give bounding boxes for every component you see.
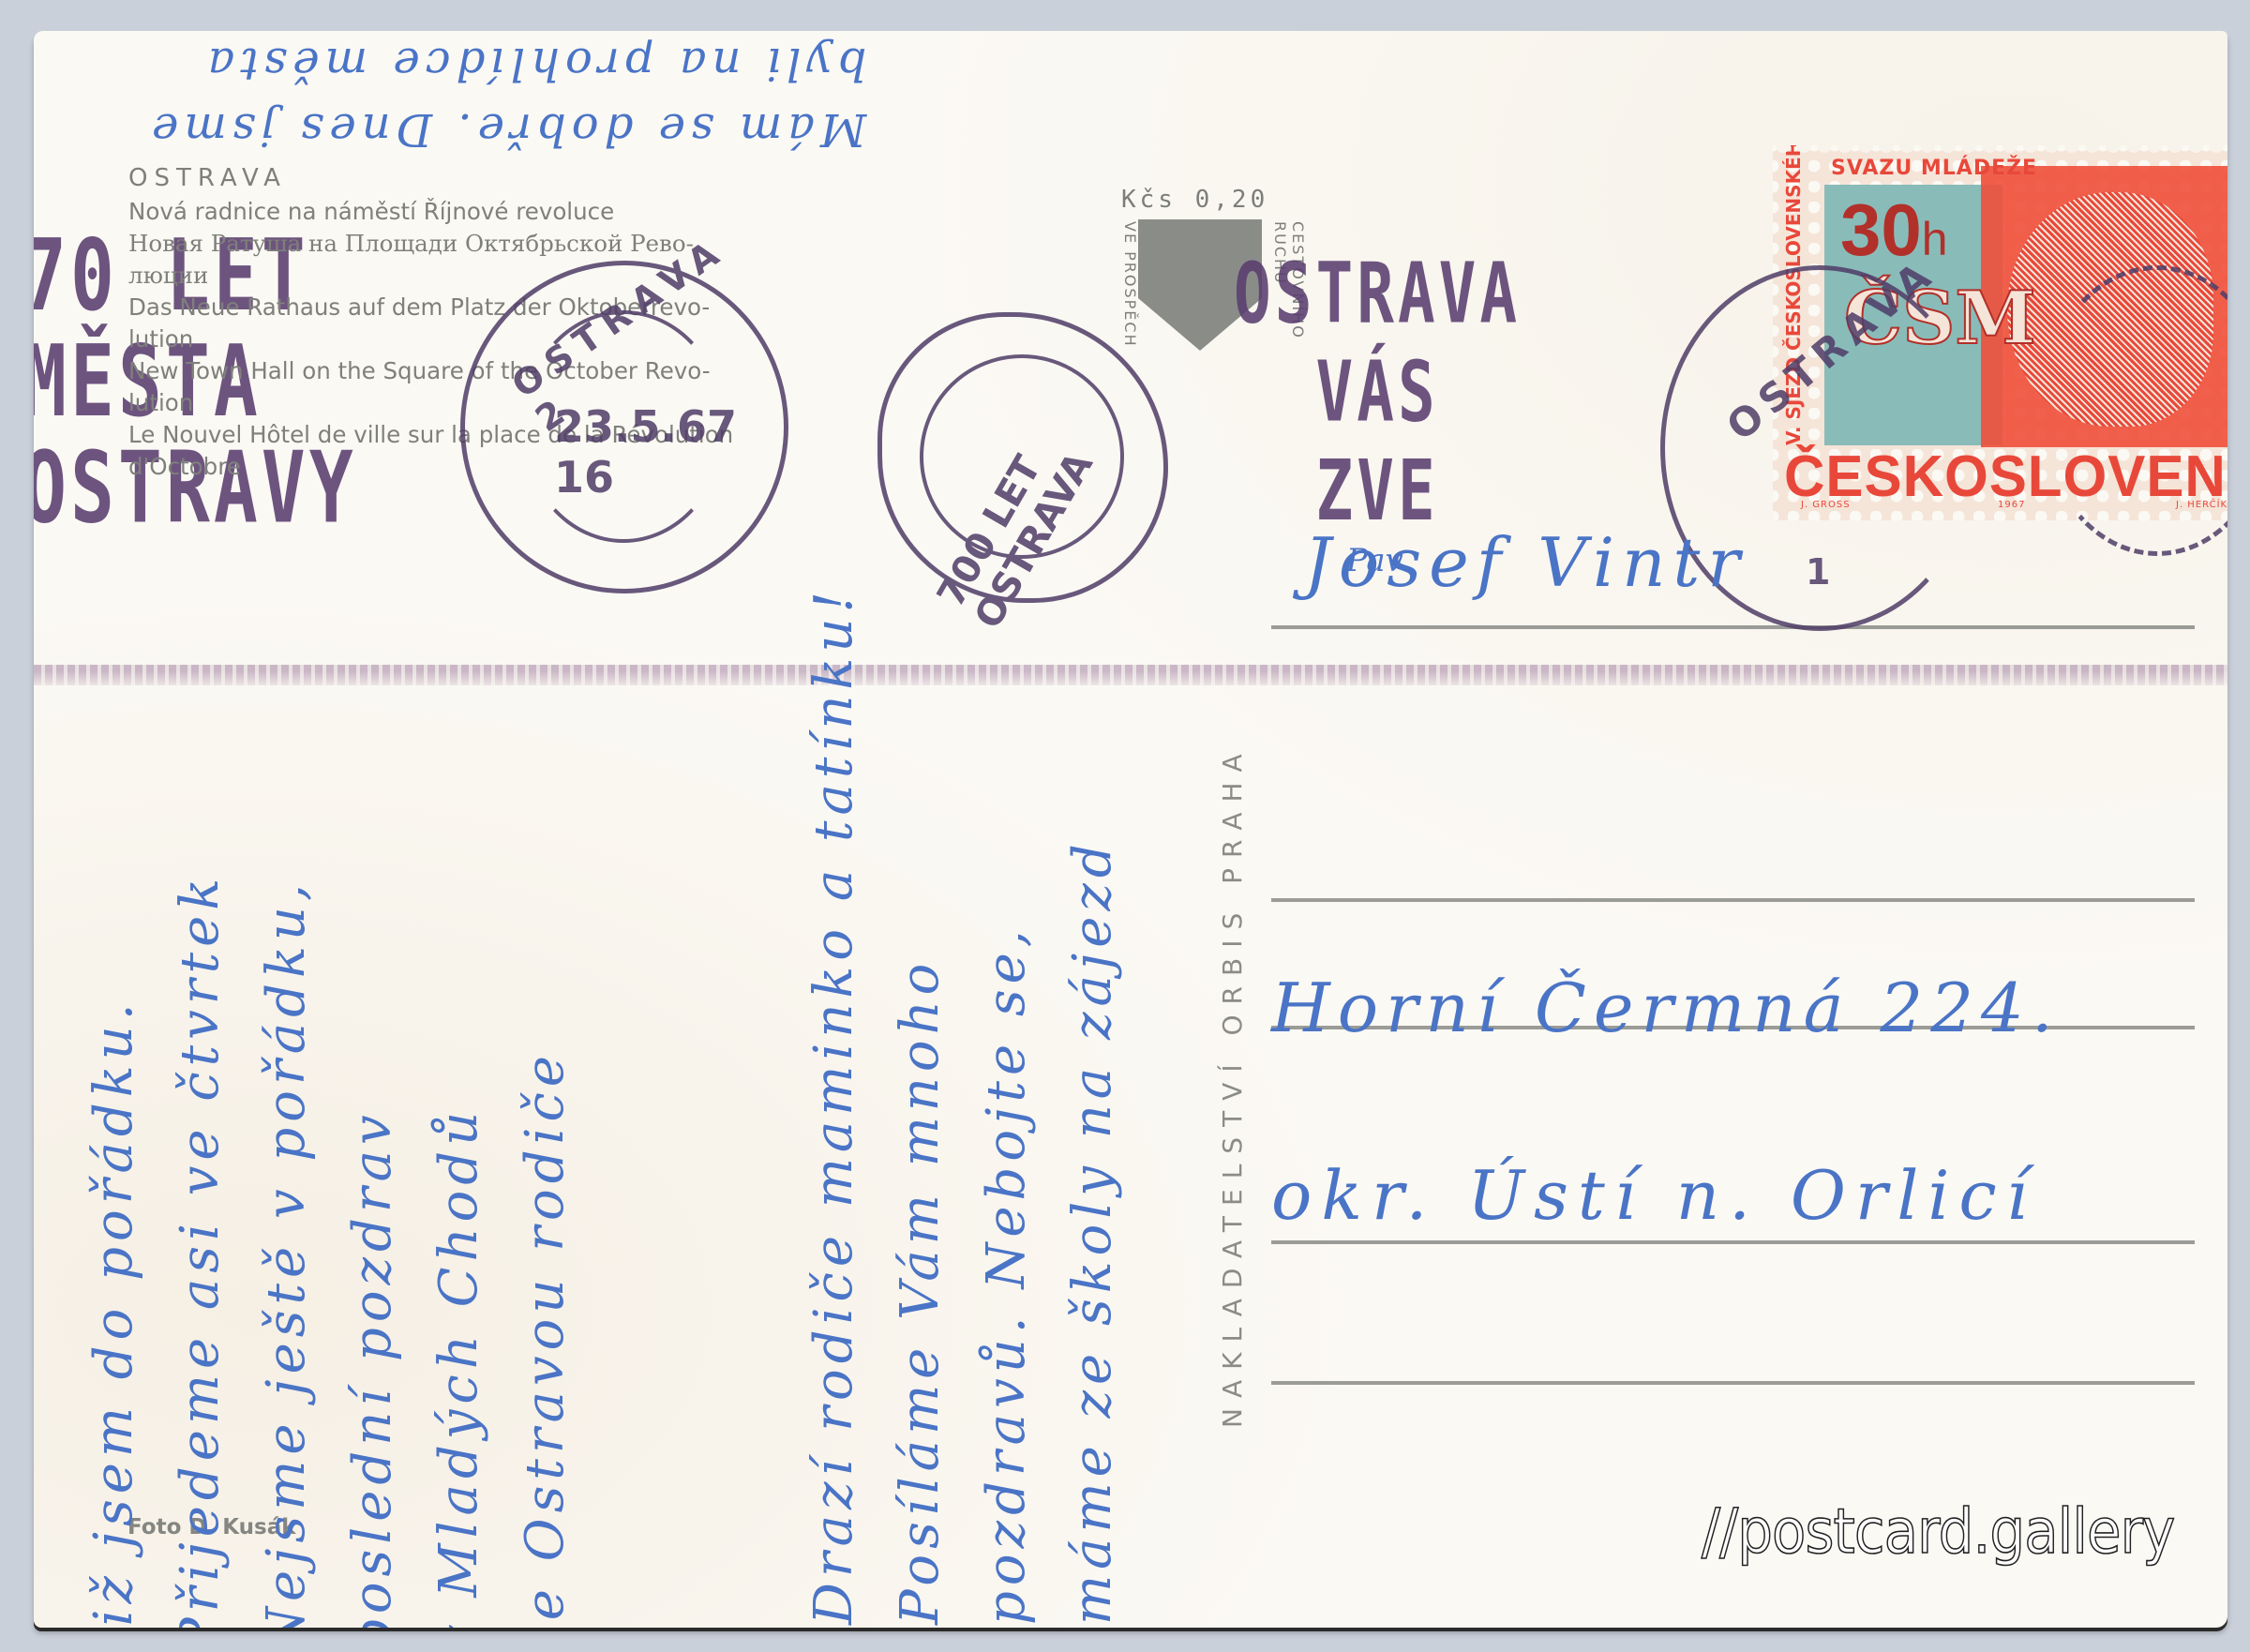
message-line: máme ze školy na zájezd bbox=[1050, 586, 1136, 1625]
message-line: Přijedeme asi ve čtvrtek bbox=[157, 873, 244, 1628]
message-line: byli na prohlídce města bbox=[146, 31, 866, 97]
slogan-right-line: VÁS bbox=[1234, 343, 1521, 442]
address-line-1 bbox=[1271, 625, 2195, 629]
postmark-header: OSTRAVA bbox=[1717, 248, 1944, 449]
slogan-cancel-right: OSTRAVA VÁS ZVE bbox=[1234, 245, 1521, 541]
postmark-number: 1 bbox=[1806, 551, 1830, 593]
stamp-value-unit: h bbox=[1922, 213, 1948, 265]
stamp-value: 30h bbox=[1840, 192, 1948, 277]
postcard-back: OSTRAVA Nová radnice na náměstí Říjnové … bbox=[34, 31, 2227, 1628]
caption-line-cs: Nová radnice na náměstí Říjnové revoluce bbox=[128, 196, 1028, 228]
handwritten-message-middle: Drazí rodiče maminko a tatínku! Posíláme… bbox=[791, 586, 1136, 1625]
message-line: Posíláme Vám mnoho bbox=[877, 586, 964, 1625]
address-street: Horní Čermná 224. bbox=[1271, 969, 2061, 1047]
message-line: Mám se dobře. Dnes jsme bbox=[146, 97, 866, 162]
address-line-4 bbox=[1271, 1240, 2195, 1244]
postmark-date-value: 23.5.67 bbox=[554, 401, 737, 452]
handwritten-message-top: Mám se dobře. Dnes jsme byli na prohlídc… bbox=[146, 31, 866, 162]
printed-stamp-value: Kčs 0,20 bbox=[1121, 186, 1318, 214]
stamp-year: 1967 bbox=[1998, 500, 2025, 510]
address-district: okr. Ústí n. Orlicí bbox=[1271, 1156, 2037, 1235]
postmark-jubilee: 700 LET OSTRAVA bbox=[877, 312, 1168, 603]
message-line: Drazí rodiče maminko a tatínku! bbox=[791, 586, 877, 1625]
message-line: pozdravů. Nebojte se, bbox=[964, 586, 1050, 1625]
postmark-hour: 16 bbox=[554, 452, 614, 503]
message-line: Nejsme ještě v pořádku, bbox=[244, 873, 330, 1628]
postmark-ostrava-2: OSTRAVA 2 23.5.67 16 bbox=[460, 261, 788, 593]
address-recipient: Josef Vintr bbox=[1304, 523, 1747, 602]
message-line: se Ostravou rodiče bbox=[502, 873, 589, 1628]
address-line-2 bbox=[1271, 898, 2195, 902]
stamp-top-text: SVAZU MLÁDEŽE bbox=[1831, 157, 2037, 180]
address-line-5 bbox=[1271, 1381, 2195, 1385]
printed-stamp-side-left: VE PROSPĚCH bbox=[1121, 221, 1139, 348]
slogan-right-line: OSTRAVA bbox=[1234, 245, 1521, 343]
caption-city: OSTRAVA bbox=[128, 162, 1028, 194]
message-line: poslední pozdrav bbox=[330, 873, 416, 1628]
message-line: z Mladých Chodů bbox=[416, 873, 502, 1628]
publisher-imprint: NAKLADATELSTVÍ ORBIS PRAHA bbox=[1217, 743, 1248, 1428]
message-line: Již jsem do pořádku. bbox=[71, 873, 157, 1628]
watermark: //postcard.gallery bbox=[1702, 1495, 2174, 1568]
postmark-date: 23.5.67 16 bbox=[554, 401, 784, 503]
handwritten-message-left: Již jsem do pořádku. Přijedeme asi ve čt… bbox=[71, 873, 589, 1628]
caption-line-ru: Новая Ратуша на Площади Октябрьской Рево… bbox=[128, 228, 1028, 260]
